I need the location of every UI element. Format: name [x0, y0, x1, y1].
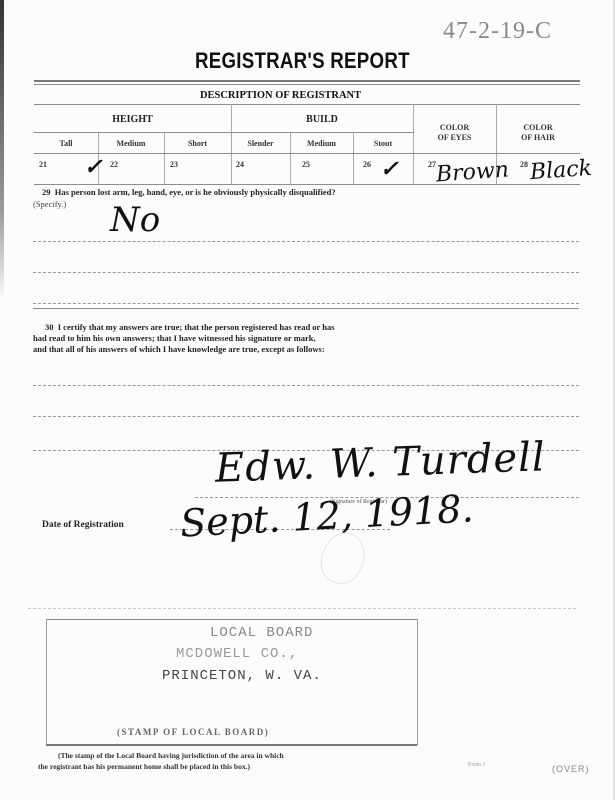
divider — [33, 308, 579, 309]
field-number-21: 21 — [39, 160, 47, 169]
stamp-box-bottom — [46, 744, 417, 746]
divider — [34, 84, 580, 85]
row-divider — [34, 153, 580, 154]
column-header-stout: Stout — [353, 139, 413, 148]
answer-line — [33, 272, 579, 273]
question-29-number: 29 — [42, 187, 51, 197]
question-29: 29 Has person lost arm, leg, hand, eye, … — [42, 187, 602, 198]
answer-line — [33, 241, 579, 242]
row-divider — [34, 184, 580, 185]
divider — [28, 608, 576, 609]
hair-color-label-2: OF HAIR — [496, 133, 580, 143]
question-30-line-2: had read to him his own answers; that I … — [33, 333, 583, 344]
build-stout-checkmark: ✓ — [380, 156, 398, 182]
group-header-height: HEIGHT — [34, 114, 231, 125]
hair-color-value: Black — [529, 156, 593, 185]
registrar-signature: Edw. W. Turdell — [214, 434, 546, 492]
column-header-short: Short — [164, 139, 231, 148]
specify-label: (Specify.) — [33, 199, 66, 209]
stamp-note-line-2: the registrant has his permanent home sh… — [38, 762, 250, 771]
question-30-line-1: 30 I certify that my answers are true; t… — [33, 322, 583, 333]
over-label: (OVER) — [552, 764, 590, 774]
field-number-28: 28 — [520, 160, 528, 169]
question-30-line-3: and that all of his answers of which I h… — [33, 344, 583, 355]
registrars-report-page: 47-2-19-C REGISTRAR'S REPORT DESCRIPTION… — [0, 0, 615, 800]
stamp-line-1: LOCAL BOARD — [210, 625, 313, 641]
field-number-25: 25 — [302, 160, 310, 169]
group-header-build: BUILD — [231, 114, 413, 125]
height-medium-checkmark: ✓ — [84, 154, 102, 180]
answer-line — [33, 385, 579, 386]
column-header-tall: Tall — [34, 139, 98, 148]
field-number-23: 23 — [170, 160, 178, 169]
question-29-answer: No — [110, 200, 160, 240]
column-header-eye-color: COLOR OF EYES — [413, 123, 496, 143]
eye-color-label-2: OF EYES — [413, 133, 496, 143]
section-title: DESCRIPTION OF REGISTRANT — [200, 89, 361, 101]
field-number-22: 22 — [110, 160, 118, 169]
serial-number: 47-2-19-C — [443, 18, 552, 45]
question-30-text-1: I certify that my answers are true; that… — [58, 322, 335, 332]
question-30-number: 30 — [45, 322, 54, 332]
divider — [34, 104, 580, 105]
hair-color-label-1: COLOR — [496, 123, 580, 133]
field-number-24: 24 — [236, 160, 244, 169]
divider — [34, 80, 580, 82]
question-29-text: Has person lost arm, leg, hand, eye, or … — [55, 187, 336, 197]
date-of-registration-value: Sept. 12, 1918. — [179, 486, 474, 545]
stamp-note-line-1: (The stamp of the Local Board having jur… — [58, 751, 284, 760]
column-header-slender: Slender — [231, 139, 290, 148]
column-header-height-medium: Medium — [98, 139, 164, 148]
question-30: 30 I certify that my answers are true; t… — [33, 322, 583, 355]
scan-edge — [0, 0, 4, 300]
stamp-line-2: MCDOWELL CO., — [176, 646, 298, 662]
page-title: REGISTRAR'S REPORT — [195, 48, 410, 74]
date-of-registration-label: Date of Registration — [42, 520, 124, 530]
row-divider — [34, 132, 414, 133]
field-number-26: 26 — [363, 160, 371, 169]
eye-color-label-1: COLOR — [413, 123, 496, 133]
answer-line — [33, 416, 579, 417]
answer-line — [33, 303, 579, 304]
form-number: Form 1 — [468, 762, 486, 768]
eye-color-value: Brown — [435, 157, 510, 187]
stamp-caption: (STAMP OF LOCAL BOARD) — [117, 727, 269, 737]
column-header-hair-color: COLOR OF HAIR — [496, 123, 580, 143]
column-header-build-medium: Medium — [290, 139, 353, 148]
stamp-line-3: PRINCETON, W. VA. — [162, 668, 322, 684]
column-divider — [413, 104, 414, 184]
